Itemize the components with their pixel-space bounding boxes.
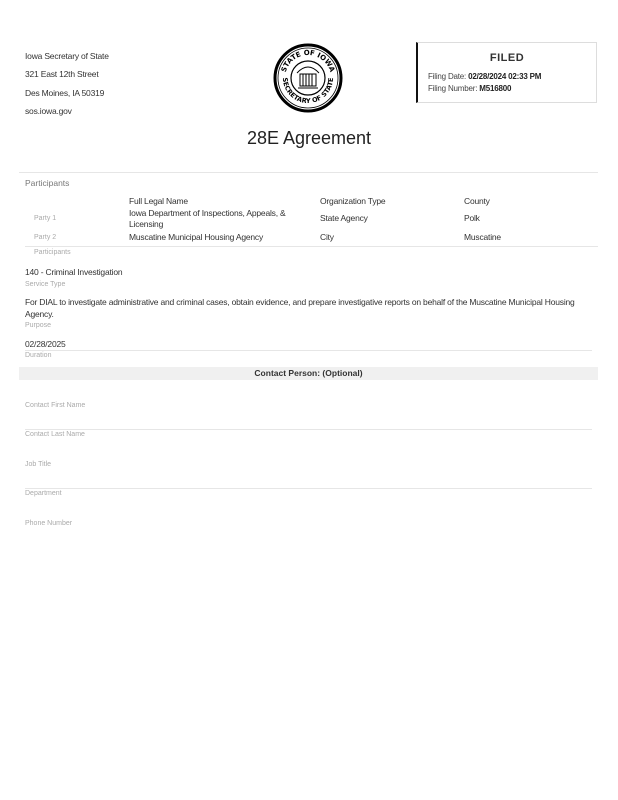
filing-number: Filing Number: M516800 — [428, 84, 511, 93]
address-line-website[interactable]: sos.iowa.gov — [25, 106, 72, 116]
address-line-org: Iowa Secretary of State — [25, 51, 109, 61]
divider — [19, 172, 598, 173]
service-type-value: 140 - Criminal Investigation — [25, 267, 122, 277]
contact-heading: Contact Person: (Optional) — [19, 367, 598, 380]
column-header-org-type: Organization Type — [320, 196, 385, 206]
filing-date-value: 02/28/2024 02:33 PM — [468, 72, 541, 81]
purpose-label: Purpose — [25, 322, 51, 329]
filed-title: FILED — [418, 52, 596, 64]
party-county: Polk — [464, 213, 480, 224]
filing-date-label: Filing Date: — [428, 72, 466, 81]
duration-value: 02/28/2025 — [25, 339, 66, 349]
party-name-line: Licensing — [129, 219, 309, 230]
contact-section-header: Contact Person: (Optional) — [19, 367, 598, 380]
column-header-name: Full Legal Name — [129, 196, 188, 206]
party-label: Party 2 — [34, 234, 56, 241]
purpose-value: For DIAL to investigate administrative a… — [25, 296, 585, 320]
participants-footer-label: Participants — [34, 249, 71, 256]
service-type-label: Service Type — [25, 281, 65, 288]
duration-label: Duration — [25, 352, 51, 359]
contact-last-name-field: Contact Last Name — [25, 431, 85, 438]
party-name: Iowa Department of Inspections, Appeals,… — [129, 208, 309, 230]
state-seal-icon: STATE OF IOWA SECRETARY OF STATE — [273, 43, 343, 113]
filing-number-label: Filing Number: — [428, 84, 477, 93]
filed-stamp: FILED Filing Date: 02/28/2024 02:33 PM F… — [416, 42, 597, 103]
address-line-city: Des Moines, IA 50319 — [25, 88, 104, 98]
participants-section-label: Participants — [25, 178, 69, 188]
document-title: 28E Agreement — [0, 128, 618, 149]
party-org-type: State Agency — [320, 213, 368, 224]
divider — [25, 350, 592, 351]
filing-date: Filing Date: 02/28/2024 02:33 PM — [428, 72, 541, 81]
party-org-type: City — [320, 232, 334, 243]
party-label: Party 1 — [34, 215, 56, 222]
party-name: Muscatine Municipal Housing Agency — [129, 232, 263, 243]
divider — [25, 429, 592, 430]
department-field: Department — [25, 490, 62, 497]
filing-number-value: M516800 — [479, 84, 511, 93]
party-name-line: Iowa Department of Inspections, Appeals,… — [129, 208, 309, 219]
column-header-county: County — [464, 196, 490, 206]
divider — [25, 488, 592, 489]
address-line-street: 321 East 12th Street — [25, 69, 99, 79]
contact-first-name-field: Contact First Name — [25, 402, 85, 409]
phone-number-field: Phone Number — [25, 520, 72, 527]
party-county: Muscatine — [464, 232, 501, 243]
divider — [25, 246, 598, 247]
job-title-field: Job Title — [25, 461, 51, 468]
